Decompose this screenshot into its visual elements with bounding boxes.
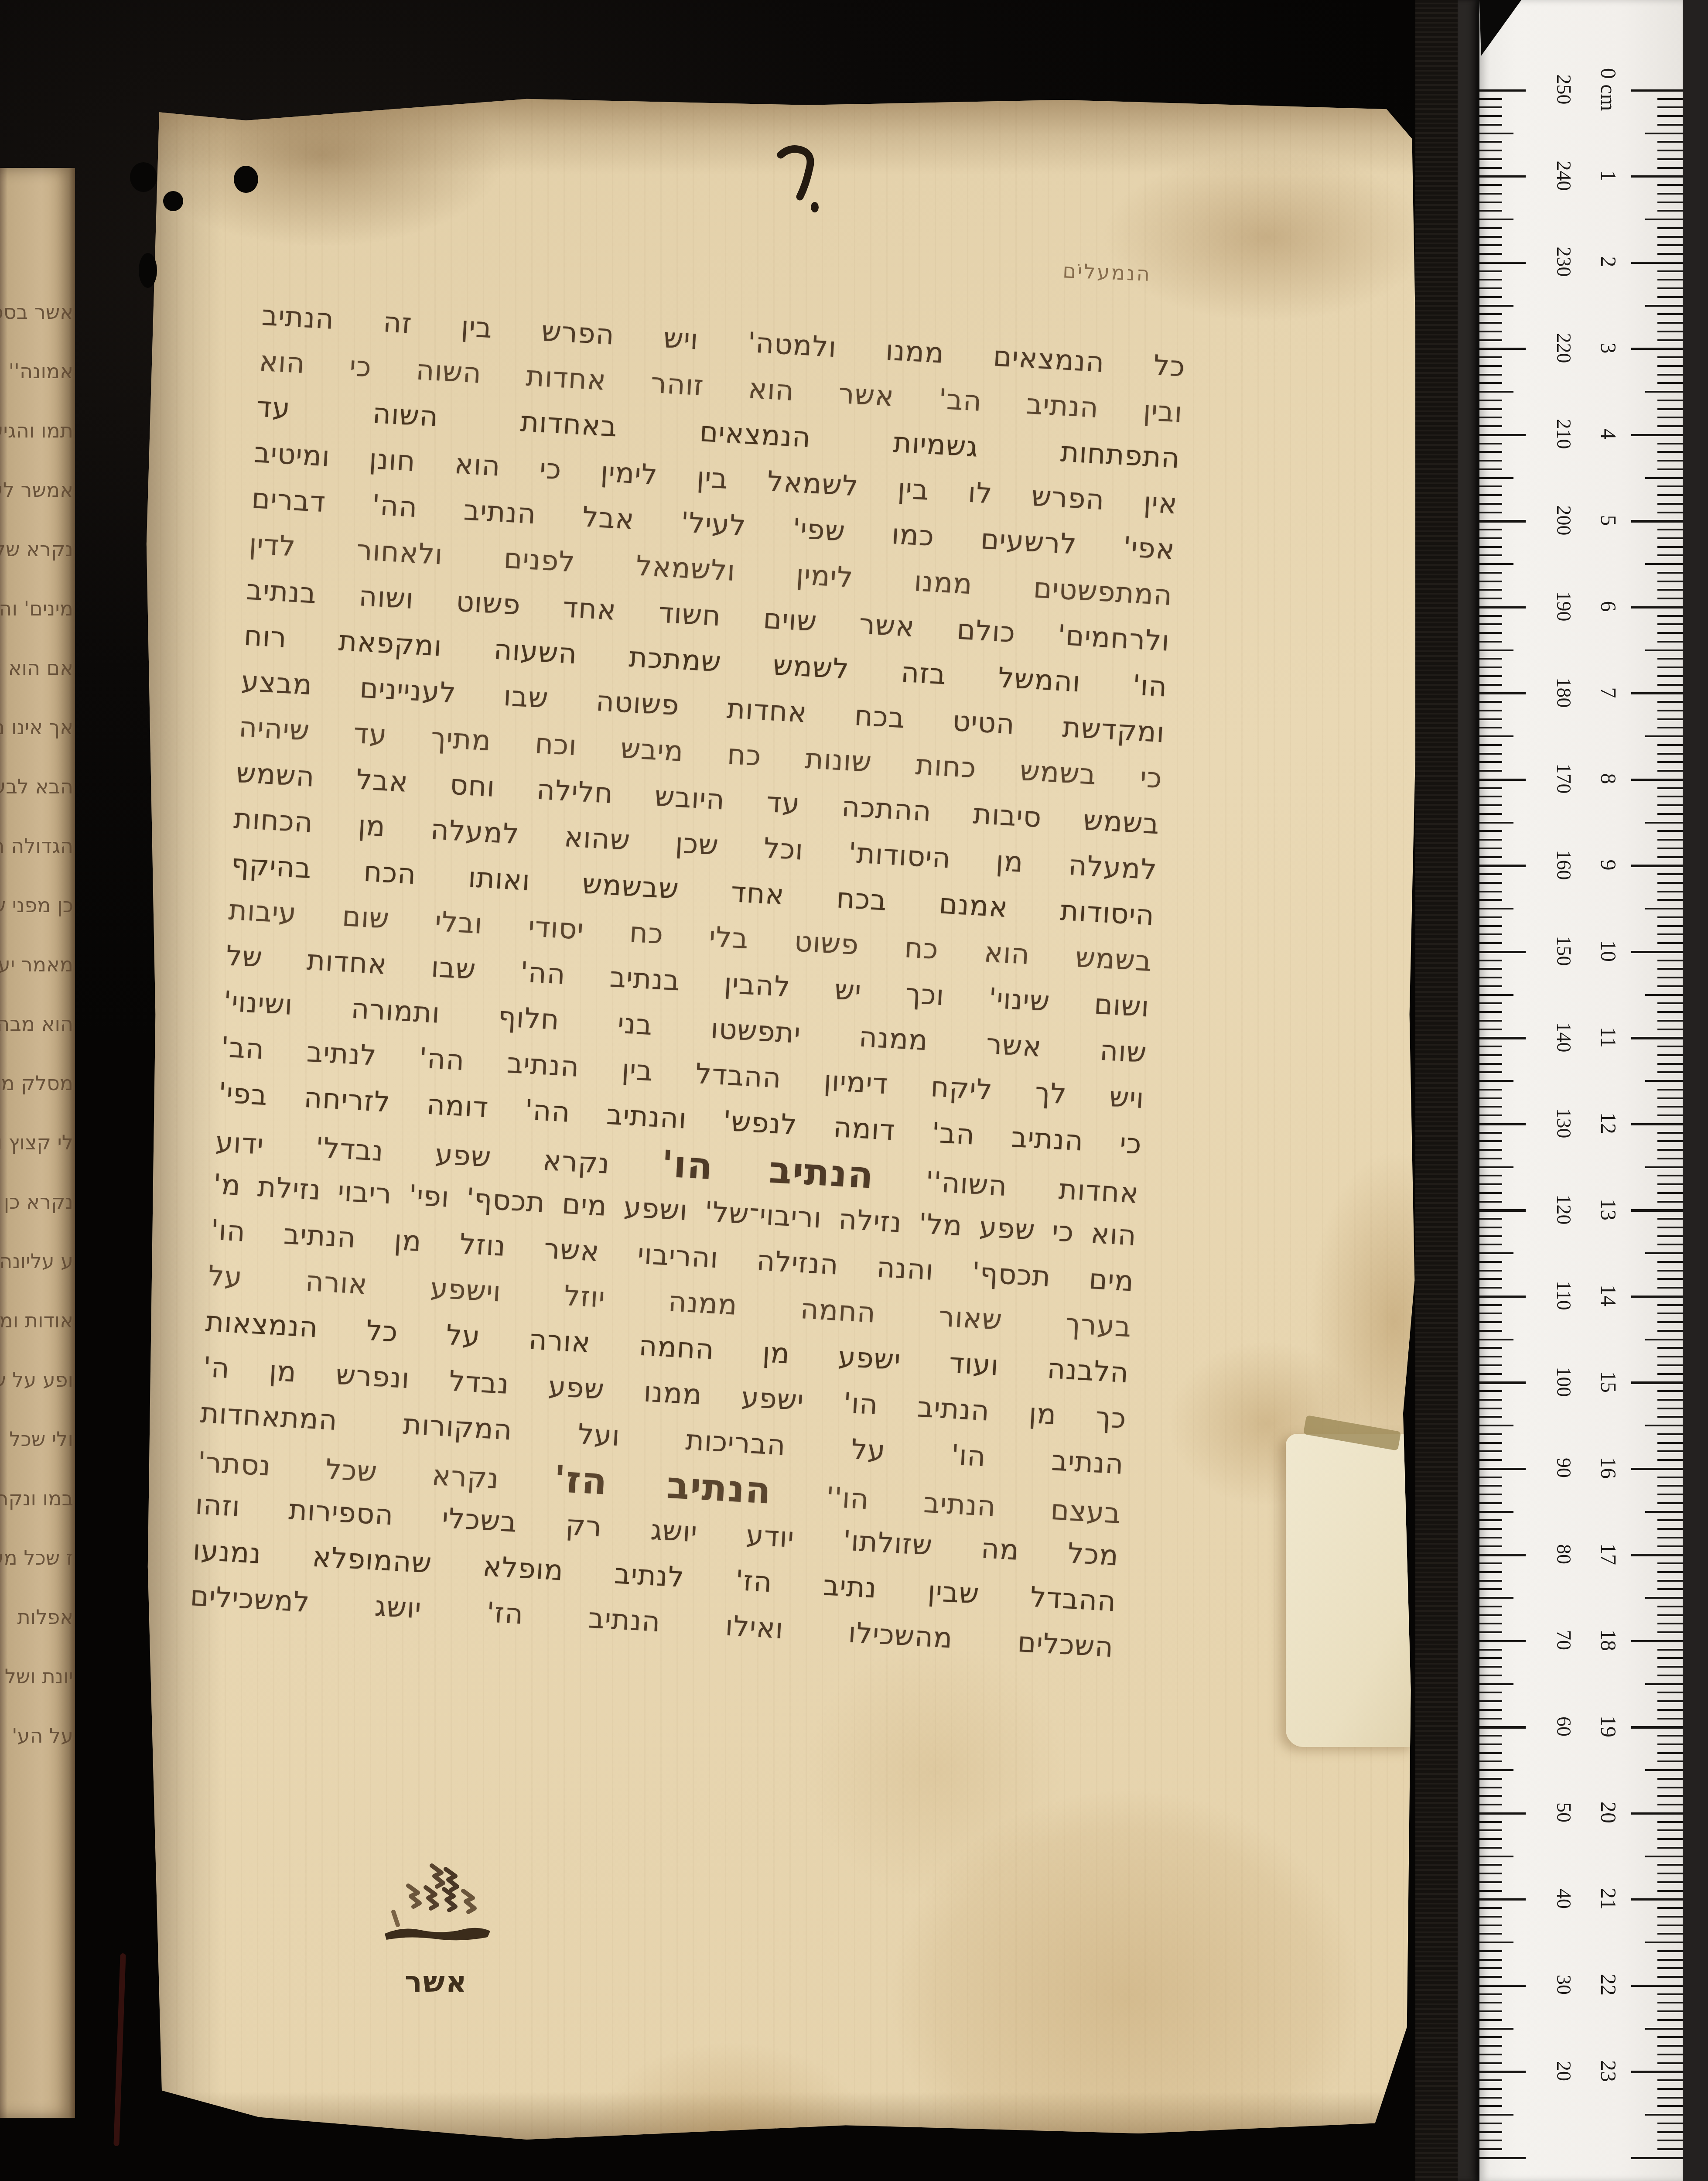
facing-line-fragment: ע עליונה bbox=[0, 1250, 73, 1272]
catchword: אשר bbox=[362, 1965, 510, 1999]
mm-ruler-number: 160 bbox=[1554, 832, 1574, 898]
facing-line-fragment: אמונה'' bbox=[0, 360, 73, 382]
cm-ruler-number: 13 bbox=[1599, 1177, 1619, 1242]
mm-ruler-number: 80 bbox=[1554, 1521, 1574, 1587]
facing-line-fragment: ולי שכל bbox=[0, 1428, 73, 1450]
facing-page-edge: אשר בספי'אמונה''תמו והגיעאמשר לעמ'נקרא ש… bbox=[0, 168, 75, 2118]
support-board-right bbox=[1683, 0, 1708, 2181]
cm-ruler-number: 0 cm bbox=[1599, 57, 1619, 122]
running-header: הנמעליֹם bbox=[968, 255, 1152, 286]
mm-ruler-number: 60 bbox=[1554, 1694, 1574, 1759]
cm-ruler-number: 1 bbox=[1599, 143, 1619, 209]
facing-line-fragment: על הע' bbox=[0, 1725, 73, 1747]
mm-ruler-number: 100 bbox=[1554, 1349, 1574, 1415]
cm-ruler-number: 12 bbox=[1599, 1090, 1619, 1156]
facing-line-fragment: לי קצוץ ופי' bbox=[0, 1132, 73, 1153]
facing-line-fragment: אך אינו מח' bbox=[0, 716, 73, 738]
black-cloth bbox=[1415, 0, 1459, 2181]
mm-ruler-number: 30 bbox=[1554, 1952, 1574, 2017]
cm-ruler-number: 3 bbox=[1599, 315, 1619, 381]
facing-line-fragment: ז שכל מע' bbox=[0, 1547, 73, 1569]
facing-line-fragment: אשר בספי' bbox=[0, 301, 73, 323]
cm-ruler-number: 19 bbox=[1599, 1694, 1619, 1759]
facing-line-fragment: תמו והגיע bbox=[0, 420, 73, 441]
mm-ruler-number: 110 bbox=[1554, 1263, 1574, 1328]
mm-ruler-number: 120 bbox=[1554, 1177, 1574, 1242]
cm-ruler-number: 15 bbox=[1599, 1349, 1619, 1415]
facing-line-fragment: הבא לבע' bbox=[0, 776, 73, 797]
repair-patch bbox=[1286, 1434, 1417, 1747]
facing-line-fragment: מאמר יעלה bbox=[0, 954, 73, 975]
cm-ruler-number: 10 bbox=[1599, 918, 1619, 984]
text-block: כל הנמצאים ממנו ולמטה' ויש הפרש בין זה ה… bbox=[189, 293, 1186, 1671]
mm-ruler-number: 70 bbox=[1554, 1607, 1574, 1673]
cm-ruler-number: 9 bbox=[1599, 832, 1619, 898]
facing-line-fragment: במו ונקר' bbox=[0, 1487, 73, 1509]
photo-stage: אשר בספי'אמונה''תמו והגיעאמשר לעמ'נקרא ש… bbox=[0, 0, 1708, 2181]
facing-line-fragment: יונת ושל bbox=[0, 1665, 73, 1687]
cm-ruler-number: 16 bbox=[1599, 1435, 1619, 1501]
mm-10-ticks bbox=[1479, 89, 1526, 2160]
worm-hole bbox=[163, 191, 183, 211]
facing-line-fragment: כן מפני שהו' bbox=[0, 894, 73, 916]
facing-line-fragment: נקרא שלם' bbox=[0, 538, 73, 560]
mm-ruler-number: 230 bbox=[1554, 229, 1574, 294]
mm-ruler-number: 130 bbox=[1554, 1090, 1574, 1156]
cm-ruler-number: 2 bbox=[1599, 229, 1619, 294]
facing-line-fragment: הוא מבהיק bbox=[0, 1013, 73, 1035]
catchword-ornament bbox=[366, 1860, 506, 1961]
ruler-torn-corner bbox=[1479, 0, 1521, 56]
cm-ruler-number: 5 bbox=[1599, 488, 1619, 553]
mm-ruler-number: 180 bbox=[1554, 660, 1574, 725]
mm-ruler-number: 250 bbox=[1554, 57, 1574, 122]
facing-line-fragment: מסלק מהן bbox=[0, 1072, 73, 1094]
facing-line-fragment: אמשר לעמ' bbox=[0, 479, 73, 501]
mm-ruler-number: 190 bbox=[1554, 574, 1574, 639]
cm-ruler-number: 7 bbox=[1599, 660, 1619, 725]
mm-ruler-number: 210 bbox=[1554, 401, 1574, 467]
facing-line-fragment: אם הוא מכ' bbox=[0, 657, 73, 679]
facing-line-fragment: ופע על ש' bbox=[0, 1369, 73, 1391]
facing-line-fragment: אודות ומ' bbox=[0, 1309, 73, 1331]
mm-ruler-number: 170 bbox=[1554, 746, 1574, 811]
catchword-group: אשר bbox=[362, 1860, 510, 1999]
facing-line-fragment: הגדולה הנ' bbox=[0, 835, 73, 857]
cm-ruler-number: 18 bbox=[1599, 1607, 1619, 1673]
ink-mark bbox=[777, 145, 830, 219]
manuscript-page: הנמעליֹם כל הנמצאים ממנו ולמטה' ויש הפרש… bbox=[144, 94, 1420, 2140]
mm-ruler-number: 20 bbox=[1554, 2038, 1574, 2104]
cm-ruler-number: 23 bbox=[1599, 2038, 1619, 2104]
cm-ticks bbox=[1631, 89, 1683, 2160]
binding-edge bbox=[113, 1953, 126, 2146]
mm-ruler-number: 200 bbox=[1554, 488, 1574, 553]
facing-line-fragment: אפלות bbox=[0, 1606, 73, 1628]
cm-ruler-number: 4 bbox=[1599, 401, 1619, 467]
cm-ruler-number: 20 bbox=[1599, 1780, 1619, 1845]
worm-hole bbox=[139, 253, 157, 288]
worm-hole bbox=[130, 162, 157, 192]
facing-line-fragment: מינים' והמ' bbox=[0, 598, 73, 619]
mm-ruler-number: 220 bbox=[1554, 315, 1574, 381]
cm-ruler-number: 8 bbox=[1599, 746, 1619, 811]
ruler: 2502402302202102001901801701601501401301… bbox=[1479, 0, 1683, 2181]
cm-ruler-number: 14 bbox=[1599, 1263, 1619, 1328]
cm-ruler-number: 21 bbox=[1599, 1866, 1619, 1931]
mm-ruler-number: 40 bbox=[1554, 1866, 1574, 1931]
mm-ruler-number: 90 bbox=[1554, 1435, 1574, 1501]
cm-ruler-number: 6 bbox=[1599, 574, 1619, 639]
mm-ruler-number: 50 bbox=[1554, 1780, 1574, 1845]
support-board bbox=[1458, 0, 1479, 2181]
cm-ruler-number: 17 bbox=[1599, 1521, 1619, 1587]
cm-ruler-number: 11 bbox=[1599, 1005, 1619, 1070]
facing-line-fragment: נקרא כן לפי' bbox=[0, 1191, 73, 1213]
cm-ruler-number: 22 bbox=[1599, 1952, 1619, 2017]
mm-ruler-number: 240 bbox=[1554, 143, 1574, 209]
worm-hole bbox=[234, 166, 258, 193]
mm-ruler-number: 140 bbox=[1554, 1005, 1574, 1070]
mm-ruler-number: 150 bbox=[1554, 918, 1574, 984]
